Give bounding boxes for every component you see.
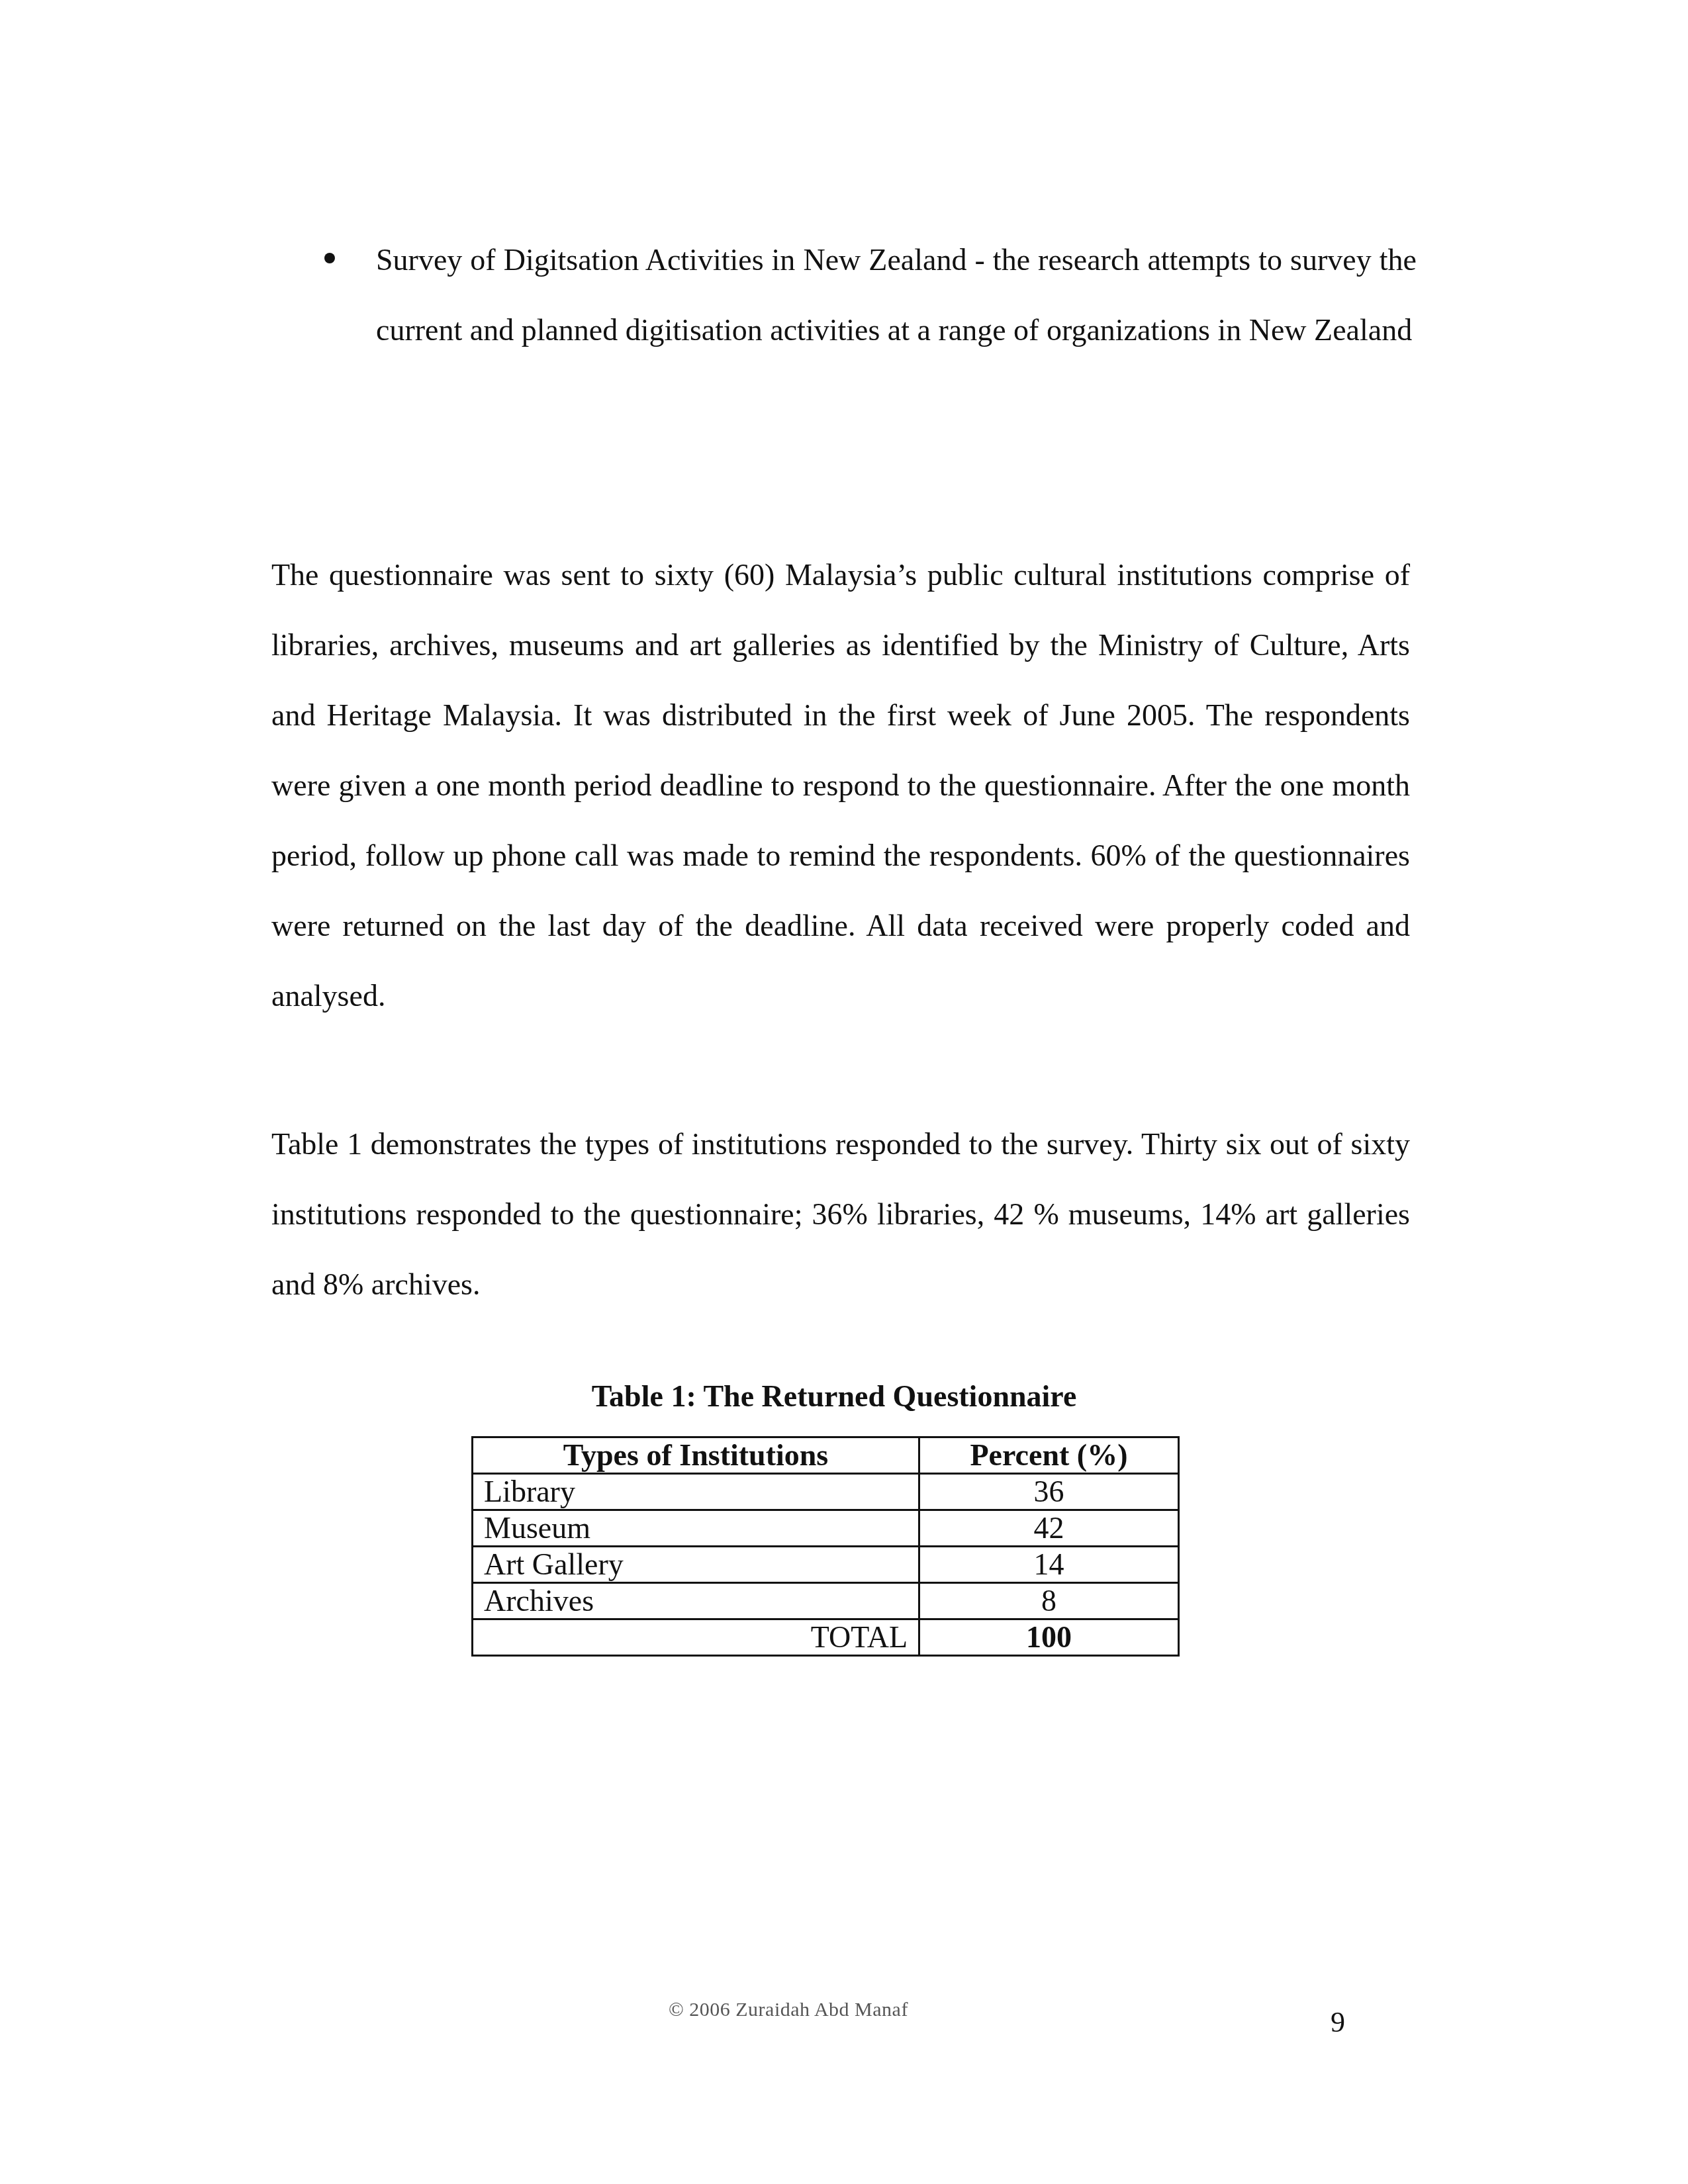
- cell-percent: 8: [919, 1583, 1179, 1619]
- bullet-list-item: Survey of Digitsation Activities in New …: [318, 225, 1417, 365]
- total-label: TOTAL: [473, 1619, 919, 1656]
- cell-percent: 36: [919, 1474, 1179, 1510]
- table-caption: Table 1: The Returned Questionnaire: [470, 1377, 1198, 1416]
- cell-percent: 14: [919, 1547, 1179, 1583]
- table-row: Archives 8: [473, 1583, 1179, 1619]
- cell-type: Art Gallery: [473, 1547, 919, 1583]
- footer-copyright: © 2006 Zuraidah Abd Manaf: [669, 1999, 908, 2021]
- paragraph-methodology: The questionnaire was sent to sixty (60)…: [271, 540, 1410, 1031]
- table-row: Art Gallery 14: [473, 1547, 1179, 1583]
- table-row: Museum 42: [473, 1510, 1179, 1547]
- table-row: Library 36: [473, 1474, 1179, 1510]
- total-value: 100: [919, 1619, 1179, 1656]
- cell-type: Museum: [473, 1510, 919, 1547]
- page-number: 9: [1331, 2005, 1345, 2039]
- table-total-row: TOTAL 100: [473, 1619, 1179, 1656]
- paragraph-table-summary: Table 1 demonstrates the types of instit…: [271, 1109, 1410, 1320]
- table-header-row: Types of Institutions Percent (%): [473, 1437, 1179, 1474]
- column-header-percent: Percent (%): [919, 1437, 1179, 1474]
- cell-type: Archives: [473, 1583, 919, 1619]
- cell-type: Library: [473, 1474, 919, 1510]
- bullet-icon: [324, 253, 335, 263]
- document-page: Survey of Digitsation Activities in New …: [0, 0, 1688, 2184]
- returned-questionnaire-table: Types of Institutions Percent (%) Librar…: [471, 1436, 1180, 1657]
- bullet-text: Survey of Digitsation Activities in New …: [376, 225, 1417, 365]
- cell-percent: 42: [919, 1510, 1179, 1547]
- column-header-type: Types of Institutions: [473, 1437, 919, 1474]
